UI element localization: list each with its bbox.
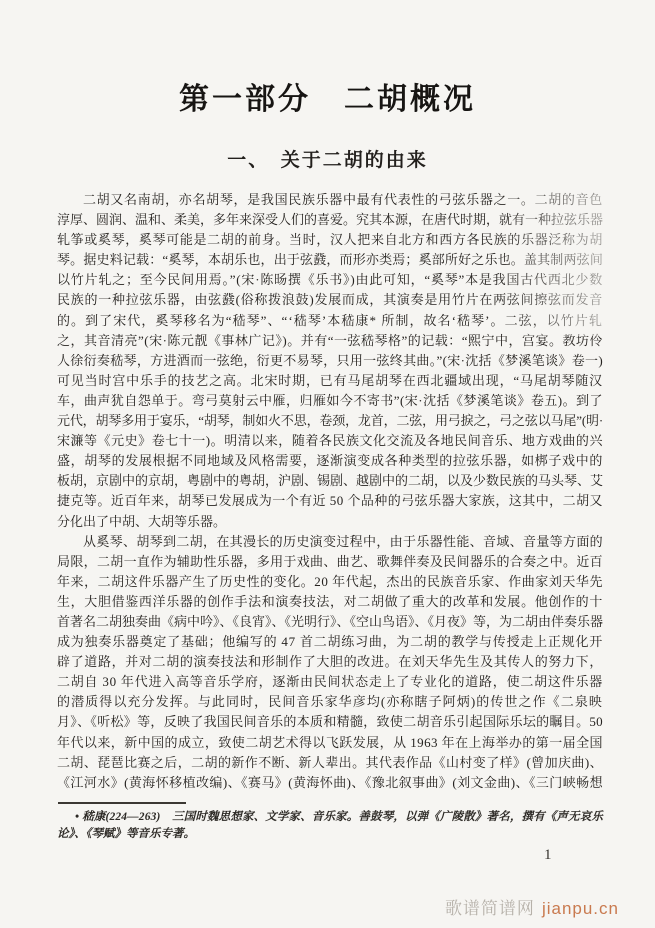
text-line: 局限，二胡一直作为辅助性乐器，多用于戏曲、曲艺、歌舞伴奏及民间器乐的合奏之中。近… [57,552,603,572]
watermark: 歌谱简谱网jianpu.cn [445,894,619,919]
text-line: 以竹片轧之；至今民间用焉。”(宋·陈旸撰《乐书》)由此可知，“奚琴”本是我国古代… [57,270,603,290]
watermark-site-url: jianpu.cn [542,899,619,918]
text-line: 月》、《听松》等，反映了我国民间音乐的本质和精髓，致使二胡音乐引起国际乐坛的瞩目… [57,712,603,732]
section-heading: 一、 关于二胡的由来 [0,145,655,172]
text-line: 宋濂等《元史》卷七十一)。明清以来，随着各民族文化交流及各地民间音乐、地方戏曲的… [57,431,603,451]
text-line: 首著名二胡独奏曲《病中吟》、《良宵》、《光明行》、《空山鸟语》、《月夜》等，为二… [57,612,603,632]
text-line: 生，大胆借鉴西洋乐器的创作手法和演奏技法，对二胡做了重大的改革和发展。他创作的十 [57,592,603,612]
text-line: 二胡又名南胡，亦名胡琴，是我国民族乐器中最有代表性的弓弦乐器之一。二胡的音色 [57,190,603,210]
text-line: 盛，胡琴的发展根据不同地域及风格需要，逐渐演变成各种类型的拉弦乐器，如梆子戏中的 [57,451,603,471]
footnote-line: 论》、《琴赋》等音乐专著。 [57,826,603,843]
text-line: 民族的一种拉弦乐器，由弦鼗(俗称拨浪鼓)发展而成，其演奏是用竹片在两弦间擦弦而发… [57,290,603,310]
text-line: 淳厚、圆润、温和、柔美，多年来深受人们的喜爱。究其本源，在唐代时期，就有一种拉弦… [57,210,603,230]
text-line: 琴。据史料记载：“奚琴，本胡乐也，出于弦鼗，而形亦类焉；奚部所好之乐也。盖其制两… [57,250,603,270]
page-number: 1 [544,847,552,864]
body-text: 二胡又名南胡，亦名胡琴，是我国民族乐器中最有代表性的弓弦乐器之一。二胡的音色淳厚… [57,190,603,793]
text-line: 捷克等。近百年来，胡琴已发展成为一个有近 50 个品种的弓弦乐器大家族，这其中，… [57,491,603,511]
text-line: 的潜质得以充分发挥。与此同时，民间音乐家华彦均(亦称瞎子阿炳)的传世之作《二泉映 [57,692,603,712]
text-line: 年代以来，新中国的成立，致使二胡艺术得以飞跃发展，从 1963 年在上海举办的第… [57,733,603,753]
text-line: 人徐衍奏嵇琴，方进酒而一弦绝，衍更不易琴，只用一弦终其曲。”(宋·沈括《梦溪笔谈… [57,351,603,371]
text-line: 板胡，京剧中的京胡，粤剧中的粤胡，沪剧、锡剧、越剧中的二胡，以及少数民族的马头琴… [57,471,603,491]
footnote-line: • 嵇康(224—263) 三国时魏思想家、文学家、音乐家。善鼓琴，以弹《广陵散… [57,809,603,826]
text-line: 《江河水》(黄海怀移植改编)、《赛马》(黄海怀曲)、《豫北叙事曲》(刘文金曲)、… [57,773,603,793]
text-line: 之，其音清亮”(宋·陈元靓《事林广记》)。并有“一弦嵇琴格”的记载：“熙宁中，宫… [57,331,603,351]
footnote: • 嵇康(224—263) 三国时魏思想家、文学家、音乐家。善鼓琴，以弹《广陵散… [57,809,603,842]
footnote-divider [58,802,186,804]
book-page: 第一部分 二胡概况 一、 关于二胡的由来 二胡又名南胡，亦名胡琴，是我国民族乐器… [0,0,655,928]
text-line: 辟了道路，并对二胡的演奏技法和形制作了大胆的改进。在刘天华先生及其传人的努力下， [57,652,603,672]
text-line: 二胡、琵琶比赛之后，二胡的新作不断、新人辈出。其代表作品《山村变了样》(曾加庆曲… [57,753,603,773]
text-line: 分化出了中胡、大胡等乐器。 [57,512,603,532]
text-line: 的。到了宋代，奚琴移名为“嵇琴”、“‘嵇琴’本嵇康* 所制，故名‘嵇琴’。二弦，… [57,311,603,331]
text-line: 车，曲声犹自怨单于。弯弓莫射云中雁，归雁如今不寄书”(宋·沈括《梦溪笔谈》卷五)… [57,391,603,411]
text-line: 可见当时宫中乐手的技艺之高。北宋时期，已有马尾胡琴在西北疆域出现，“马尾胡琴随汉 [57,371,603,391]
watermark-site-name: 歌谱简谱网 [445,899,535,918]
text-line: 二胡自 30 年代进入高等音乐学府，逐渐由民间状态走上了专业化的道路，使二胡这件… [57,672,603,692]
text-line: 元代，胡琴多用于宴乐，“胡琴，制如火不思，卷颈，龙首，二弦，用弓捩之，弓之弦以马… [57,411,603,431]
text-line: 从奚琴、胡琴到二胡，在其漫长的历史演变过程中，由于乐器性能、音域、音量等方面的 [57,532,603,552]
text-line: 轧筝或奚琴，奚琴可能是二胡的前身。当时，汉人把来自北方和西方各民族的乐器泛称为胡 [57,230,603,250]
chapter-title: 第一部分 二胡概况 [0,74,655,118]
text-line: 年来，二胡这件乐器产生了历史性的变化。20 年代起，杰出的民族音乐家、作曲家刘天… [57,572,603,592]
text-line: 成为独奏乐器奠定了基础；他编写的 47 首二胡练习曲，为二胡的教学与传授走上正规… [57,632,603,652]
